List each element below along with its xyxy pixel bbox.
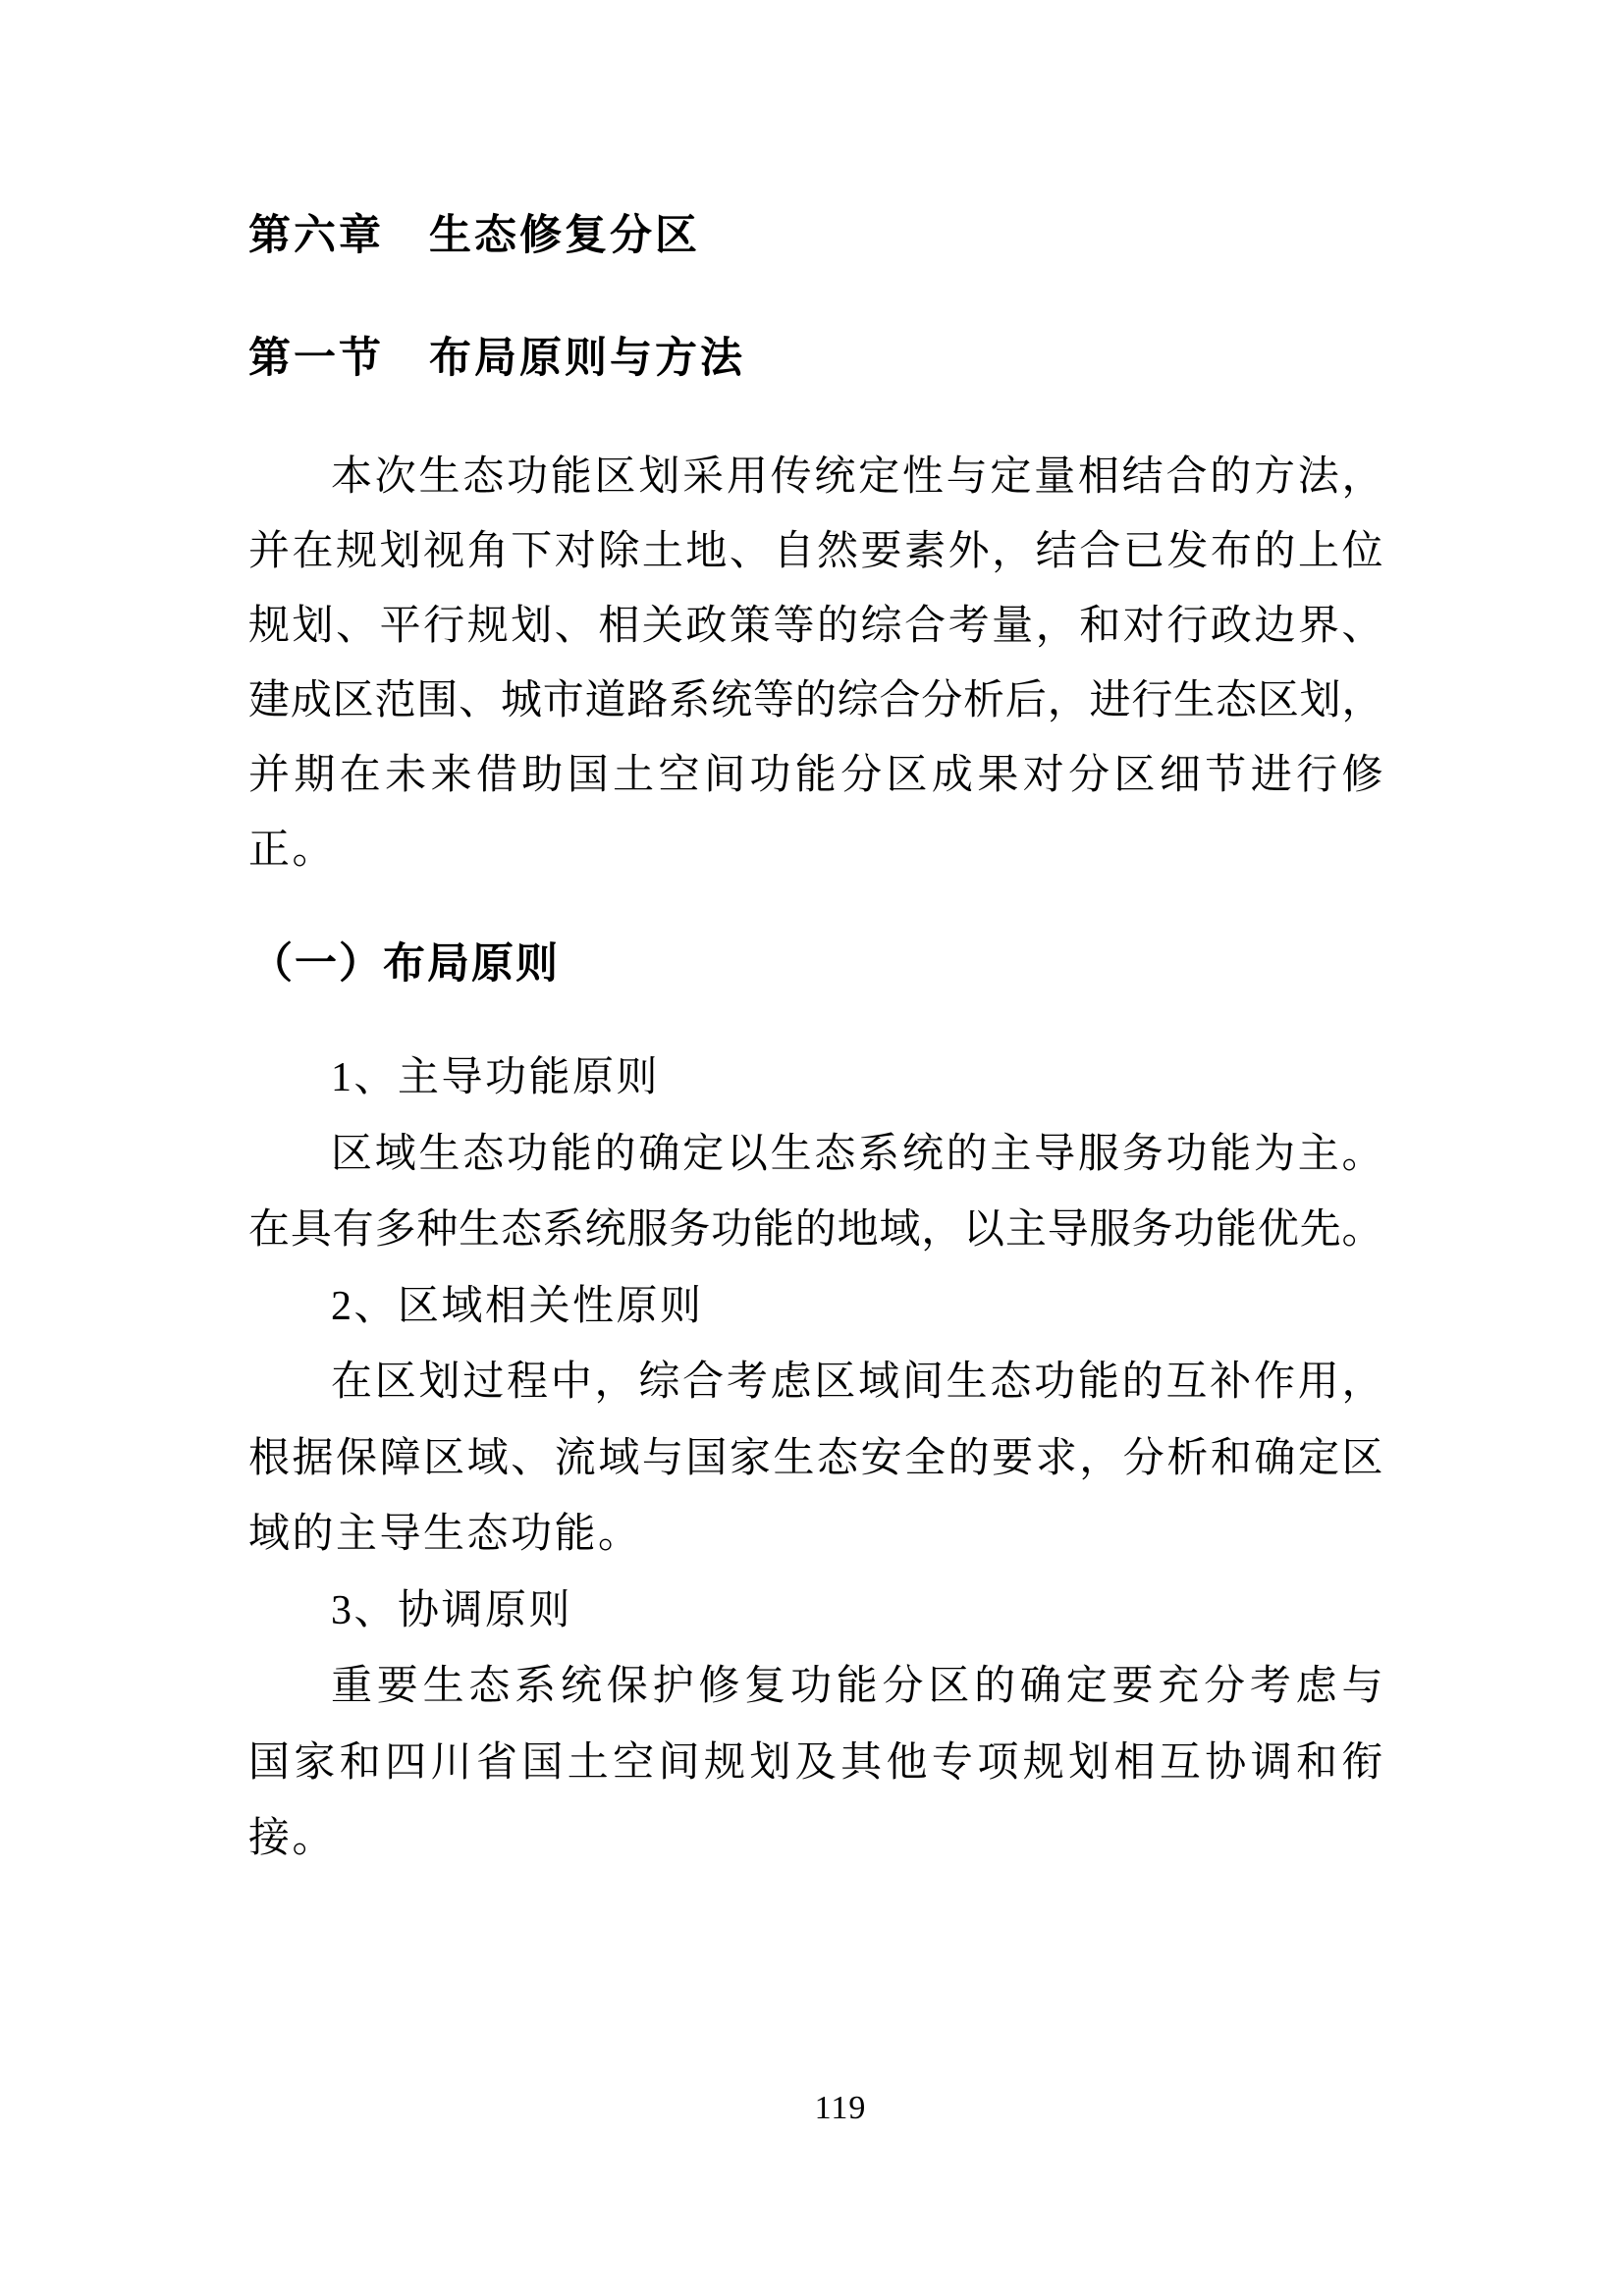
chapter-heading: 第六章 生态修复分区: [248, 215, 700, 257]
paragraph-line: 接。: [248, 1801, 1383, 1878]
document-page: 第六章 生态修复分区 第一节 布局原则与方法 本次生态功能区划采用传统定性与定量…: [0, 0, 1624, 2296]
paragraph-line: 根据保障区域、流域与国家生态安全的要求，分析和确定区: [248, 1421, 1383, 1498]
paragraph-line: 正。: [248, 813, 1383, 887]
paragraph-line: 域的主导生态功能。: [248, 1497, 1383, 1574]
paragraph-line: 本次生态功能区划采用传统定性与定量相结合的方法，: [248, 440, 1383, 514]
list-item-heading: 1、主导功能原则: [248, 1041, 1383, 1117]
paragraph-line: 区域生态功能的确定以生态系统的主导服务功能为主。: [248, 1117, 1383, 1194]
page-number: 119: [776, 2092, 905, 2125]
section-heading: 第一节 布局原则与方法: [248, 338, 745, 380]
paragraph-line: 规划、平行规划、相关政策等的综合考量，和对行政边界、: [248, 589, 1383, 664]
paragraph-line: 在具有多种生态系统服务功能的地域，以主导服务功能优先。: [248, 1193, 1383, 1269]
list-item-heading: 2、区域相关性原则: [248, 1269, 1383, 1346]
paragraph-line: 在区划过程中，综合考虑区域间生态功能的互补作用，: [248, 1345, 1383, 1421]
intro-paragraph: 本次生态功能区划采用传统定性与定量相结合的方法， 并在规划视角下对除土地、自然要…: [248, 440, 1383, 887]
paragraph-line: 国家和四川省国土空间规划及其他专项规划相互协调和衔: [248, 1726, 1383, 1802]
subsection-heading: （一）布局原则: [250, 943, 560, 986]
paragraph-line: 建成区范围、城市道路系统等的综合分析后，进行生态区划，: [248, 664, 1383, 738]
principles-paragraph: 1、主导功能原则 区域生态功能的确定以生态系统的主导服务功能为主。 在具有多种生…: [248, 1041, 1383, 1878]
paragraph-line: 重要生态系统保护修复功能分区的确定要充分考虑与: [248, 1649, 1383, 1726]
paragraph-line: 并期在未来借助国土空间功能分区成果对分区细节进行修: [248, 738, 1383, 813]
list-item-heading: 3、协调原则: [248, 1574, 1383, 1650]
paragraph-line: 并在规划视角下对除土地、自然要素外，结合已发布的上位: [248, 514, 1383, 589]
